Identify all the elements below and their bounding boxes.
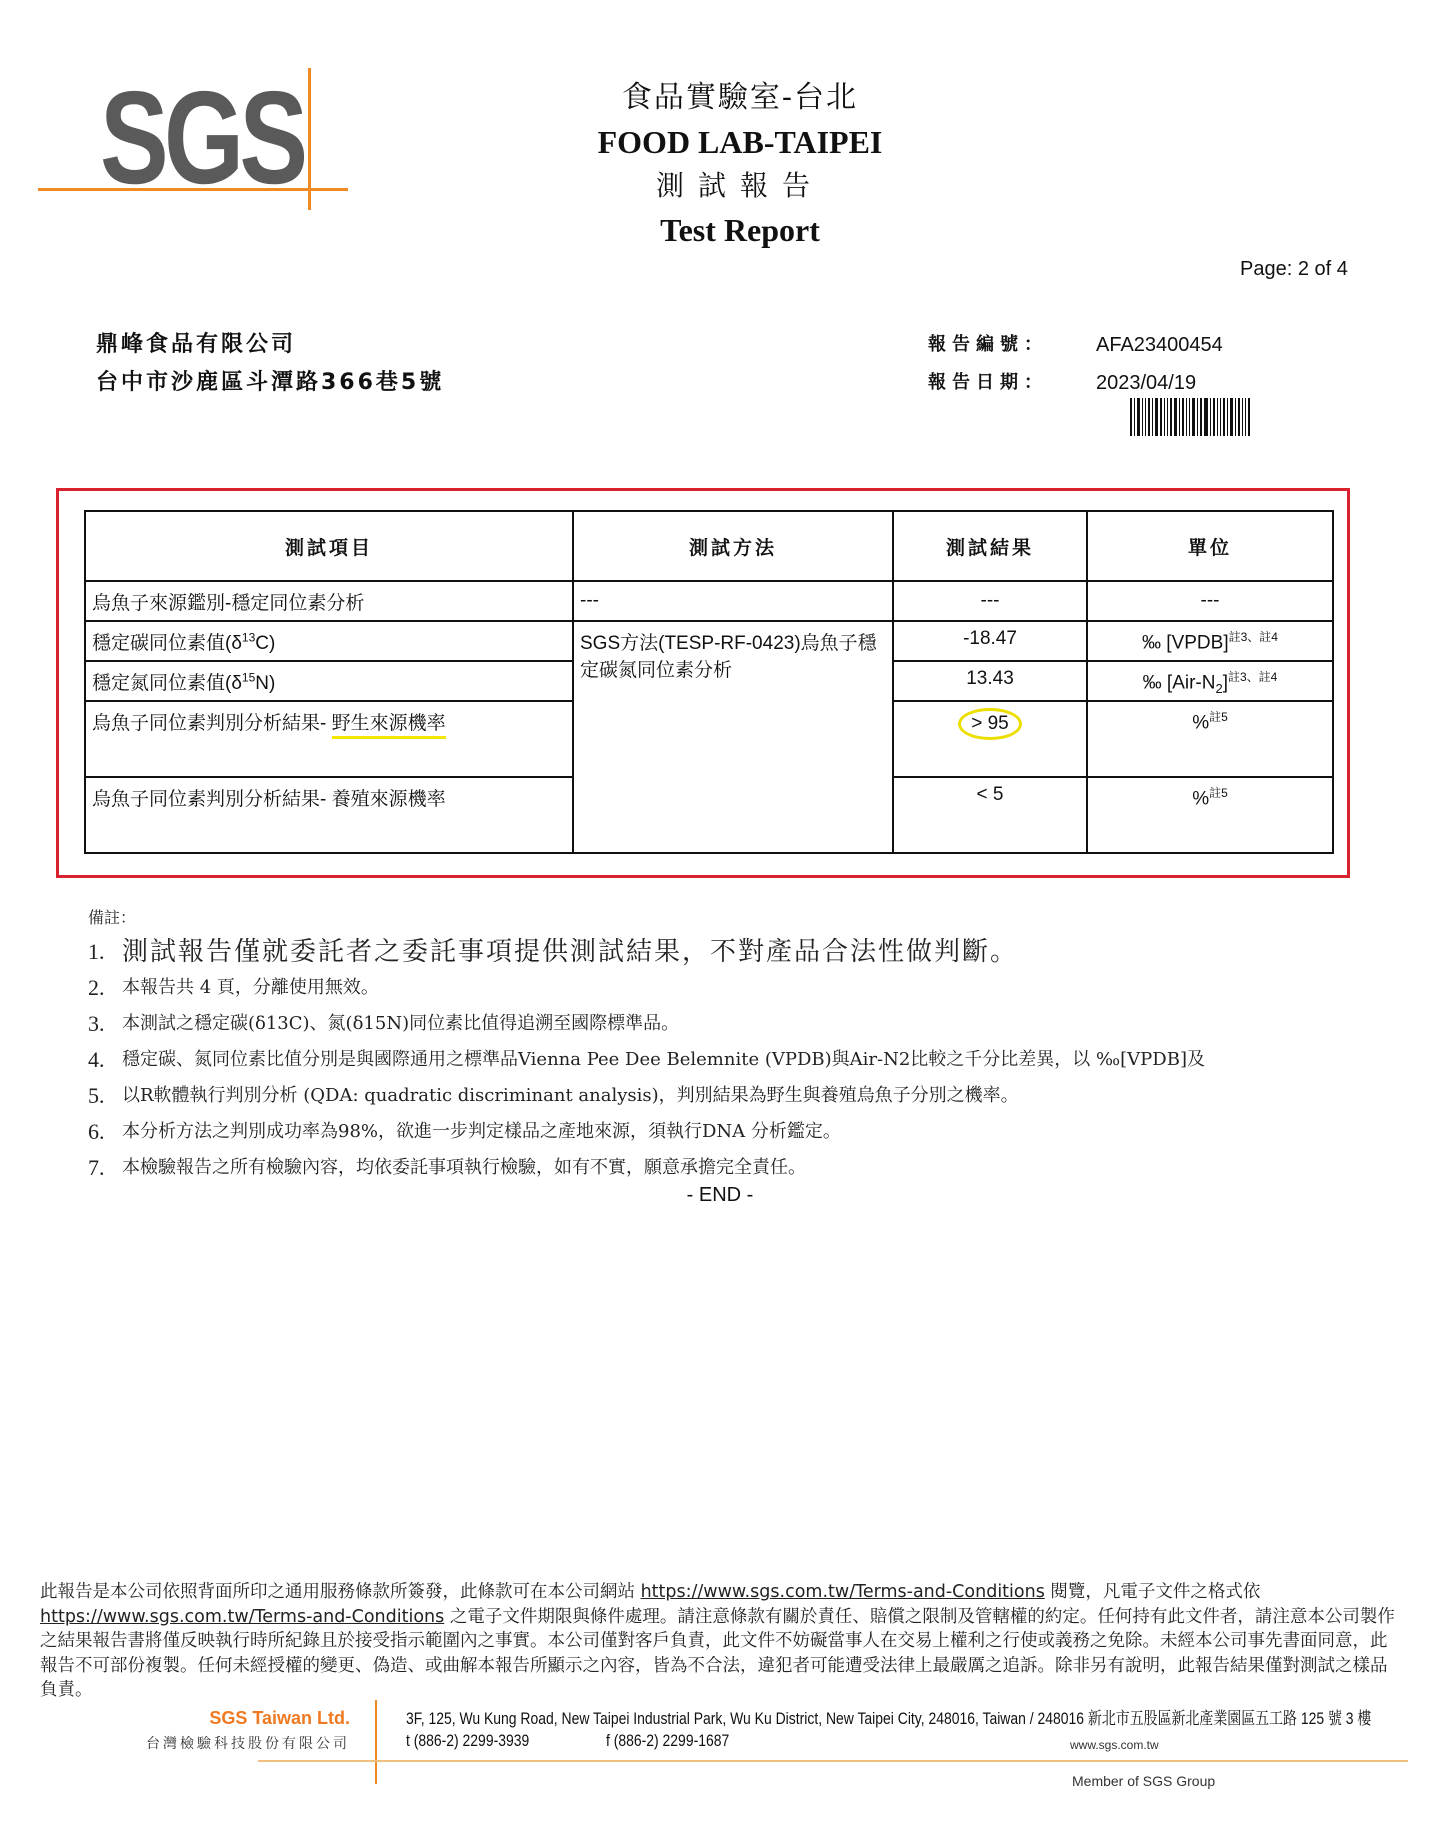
cell-result: 13.43: [893, 661, 1087, 701]
barcode: [1130, 398, 1326, 436]
note-item: 3.本測試之穩定碳(δ13C)、氮(δ15N)同位素比值得追溯至國際標準品。: [88, 1006, 1408, 1042]
report-date-label: 報告日期：: [928, 364, 1096, 402]
table-row: 穩定碳同位素值(δ13C) SGS方法(TESP-RF-0423)烏魚子穩定碳氮…: [85, 621, 1333, 661]
table-header-row: 測試項目 測試方法 測試結果 單位: [85, 511, 1333, 581]
footer-website[interactable]: www.sgs.com.tw: [1070, 1738, 1159, 1752]
cell-unit: ‰ [VPDB]註3、註4: [1087, 621, 1333, 661]
item-superscript: 13: [242, 631, 255, 645]
disclaimer-text: 此報告是本公司依照背面所印之通用服務條款所簽發，此條款可在本公司網站: [40, 1582, 641, 1602]
unit-subscript: 2: [1215, 681, 1222, 696]
lab-name-zh: 食品實驗室-台北: [520, 76, 960, 120]
unit-text: ‰ [VPDB]: [1142, 632, 1229, 653]
footer-horizontal-rule: [258, 1760, 1408, 1762]
cell-result: ---: [893, 581, 1087, 621]
unit-text: %: [1192, 788, 1209, 809]
footer-fax: f (886-2) 2299-1687: [606, 1731, 729, 1751]
disclaimer-text: 閱覽，凡電子文件之格式依: [1045, 1582, 1261, 1602]
cell-method: ---: [573, 581, 893, 621]
footer-phone: t (886-2) 2299-3939: [406, 1731, 529, 1751]
header-test-method: 測試方法: [573, 511, 893, 581]
cell-unit: %註5: [1087, 777, 1333, 853]
terms-link[interactable]: https://www.sgs.com.tw/Terms-and-Conditi…: [641, 1582, 1045, 1602]
note-item: 7.本檢驗報告之所有檢驗內容，均依委託事項執行檢驗，如有不實，願意承擔完全責任。: [88, 1150, 1408, 1186]
item-superscript: 15: [242, 671, 255, 685]
sgs-logo: SGS: [100, 72, 303, 204]
cell-unit: %註5: [1087, 701, 1333, 777]
report-meta: 報告編號： AFA23400454 報告日期： 2023/04/19: [928, 326, 1223, 402]
item-text: 穩定碳同位素值(δ: [92, 633, 242, 654]
cell-item: 烏魚子來源鑑別-穩定同位素分析: [85, 581, 573, 621]
report-number-value: AFA23400454: [1096, 326, 1223, 364]
logo-horizontal-rule: [38, 188, 348, 191]
page-indicator: Page: 2 of 4: [1240, 258, 1348, 281]
item-text-suffix: N): [255, 673, 275, 694]
cell-unit: ---: [1087, 581, 1333, 621]
header-test-result: 測試結果: [893, 511, 1087, 581]
cell-item: 烏魚子同位素判別分析結果- 養殖來源機率: [85, 777, 573, 853]
cell-result: -18.47: [893, 621, 1087, 661]
logo-vertical-rule: [308, 68, 311, 210]
note-item: 4.穩定碳、氮同位素比值分別是與國際通用之標準品Vienna Pee Dee B…: [88, 1042, 1408, 1078]
cell-item: 烏魚子同位素判別分析結果- 野生來源機率: [85, 701, 573, 777]
footer-vertical-rule: [375, 1700, 377, 1784]
results-table: 測試項目 測試方法 測試結果 單位 烏魚子來源鑑別-穩定同位素分析 --- --…: [84, 510, 1334, 854]
table-row: 烏魚子來源鑑別-穩定同位素分析 --- --- ---: [85, 581, 1333, 621]
header-test-item: 測試項目: [85, 511, 573, 581]
terms-link-2[interactable]: https://www.sgs.com.tw/Terms-and-Conditi…: [40, 1607, 444, 1627]
result-circle-highlight: > 95: [958, 708, 1022, 740]
client-info: 鼎峰食品有限公司 台中市沙鹿區斗潭路366巷5號: [96, 326, 444, 402]
cell-unit: ‰ [Air-N2]註3、註4: [1087, 661, 1333, 701]
end-mark: - END -: [0, 1184, 1440, 1207]
report-title-zh: 測試報告: [520, 164, 960, 208]
unit-text: %: [1192, 712, 1209, 733]
unit-text: ‰ [Air-N: [1143, 672, 1216, 693]
footer-company: SGS Taiwan Ltd. 台灣檢驗科技股份有限公司: [120, 1708, 350, 1753]
unit-note: 註3、註4: [1228, 670, 1277, 684]
unit-note: 註3、註4: [1229, 630, 1278, 644]
report-number-label: 報告編號：: [928, 326, 1096, 364]
report-date-value: 2023/04/19: [1096, 364, 1196, 402]
cell-result: > 95: [893, 701, 1087, 777]
note-item: 2.本報告共 4 頁，分離使用無效。: [88, 970, 1408, 1006]
note-item: 1.測試報告僅就委託者之委託事項提供測試結果，不對產品合法性做判斷。: [88, 934, 1408, 970]
note-item: 5.以R軟體執行判別分析 (QDA: quadratic discriminan…: [88, 1078, 1408, 1114]
unit-note: 註5: [1209, 786, 1228, 800]
cell-method-merged: SGS方法(TESP-RF-0423)烏魚子穩定碳氮同位素分析: [573, 621, 893, 853]
notes-title: 備註：: [88, 905, 1408, 928]
cell-item: 穩定氮同位素值(δ15N): [85, 661, 573, 701]
wild-source-highlight: 野生來源機率: [332, 713, 446, 739]
item-text: 烏魚子同位素判別分析結果-: [92, 713, 332, 734]
report-title-block: 食品實驗室-台北 FOOD LAB-TAIPEI 測試報告 Test Repor…: [520, 76, 960, 252]
notes-section: 備註： 1.測試報告僅就委託者之委託事項提供測試結果，不對產品合法性做判斷。 2…: [88, 905, 1408, 1186]
report-title-en: Test Report: [520, 208, 960, 252]
disclaimer: 此報告是本公司依照背面所印之通用服務條款所簽發，此條款可在本公司網站 https…: [40, 1580, 1400, 1703]
company-name-zh: 台灣檢驗科技股份有限公司: [120, 1733, 350, 1753]
unit-note: 註5: [1209, 710, 1228, 724]
item-text-suffix: C): [255, 633, 275, 654]
lab-name-en: FOOD LAB-TAIPEI: [520, 120, 960, 164]
cell-item: 穩定碳同位素值(δ13C): [85, 621, 573, 661]
client-name: 鼎峰食品有限公司: [96, 326, 444, 364]
client-address: 台中市沙鹿區斗潭路366巷5號: [96, 364, 444, 402]
item-text: 穩定氮同位素值(δ: [92, 673, 242, 694]
footer-member: Member of SGS Group: [1072, 1773, 1215, 1789]
footer-address: 3F, 125, Wu Kung Road, New Taipei Indust…: [406, 1704, 1371, 1729]
company-name-en: SGS Taiwan Ltd.: [120, 1708, 350, 1729]
cell-result: < 5: [893, 777, 1087, 853]
header-unit: 單位: [1087, 511, 1333, 581]
note-item: 6.本分析方法之判別成功率為98%，欲進一步判定樣品之產地來源，須執行DNA 分…: [88, 1114, 1408, 1150]
